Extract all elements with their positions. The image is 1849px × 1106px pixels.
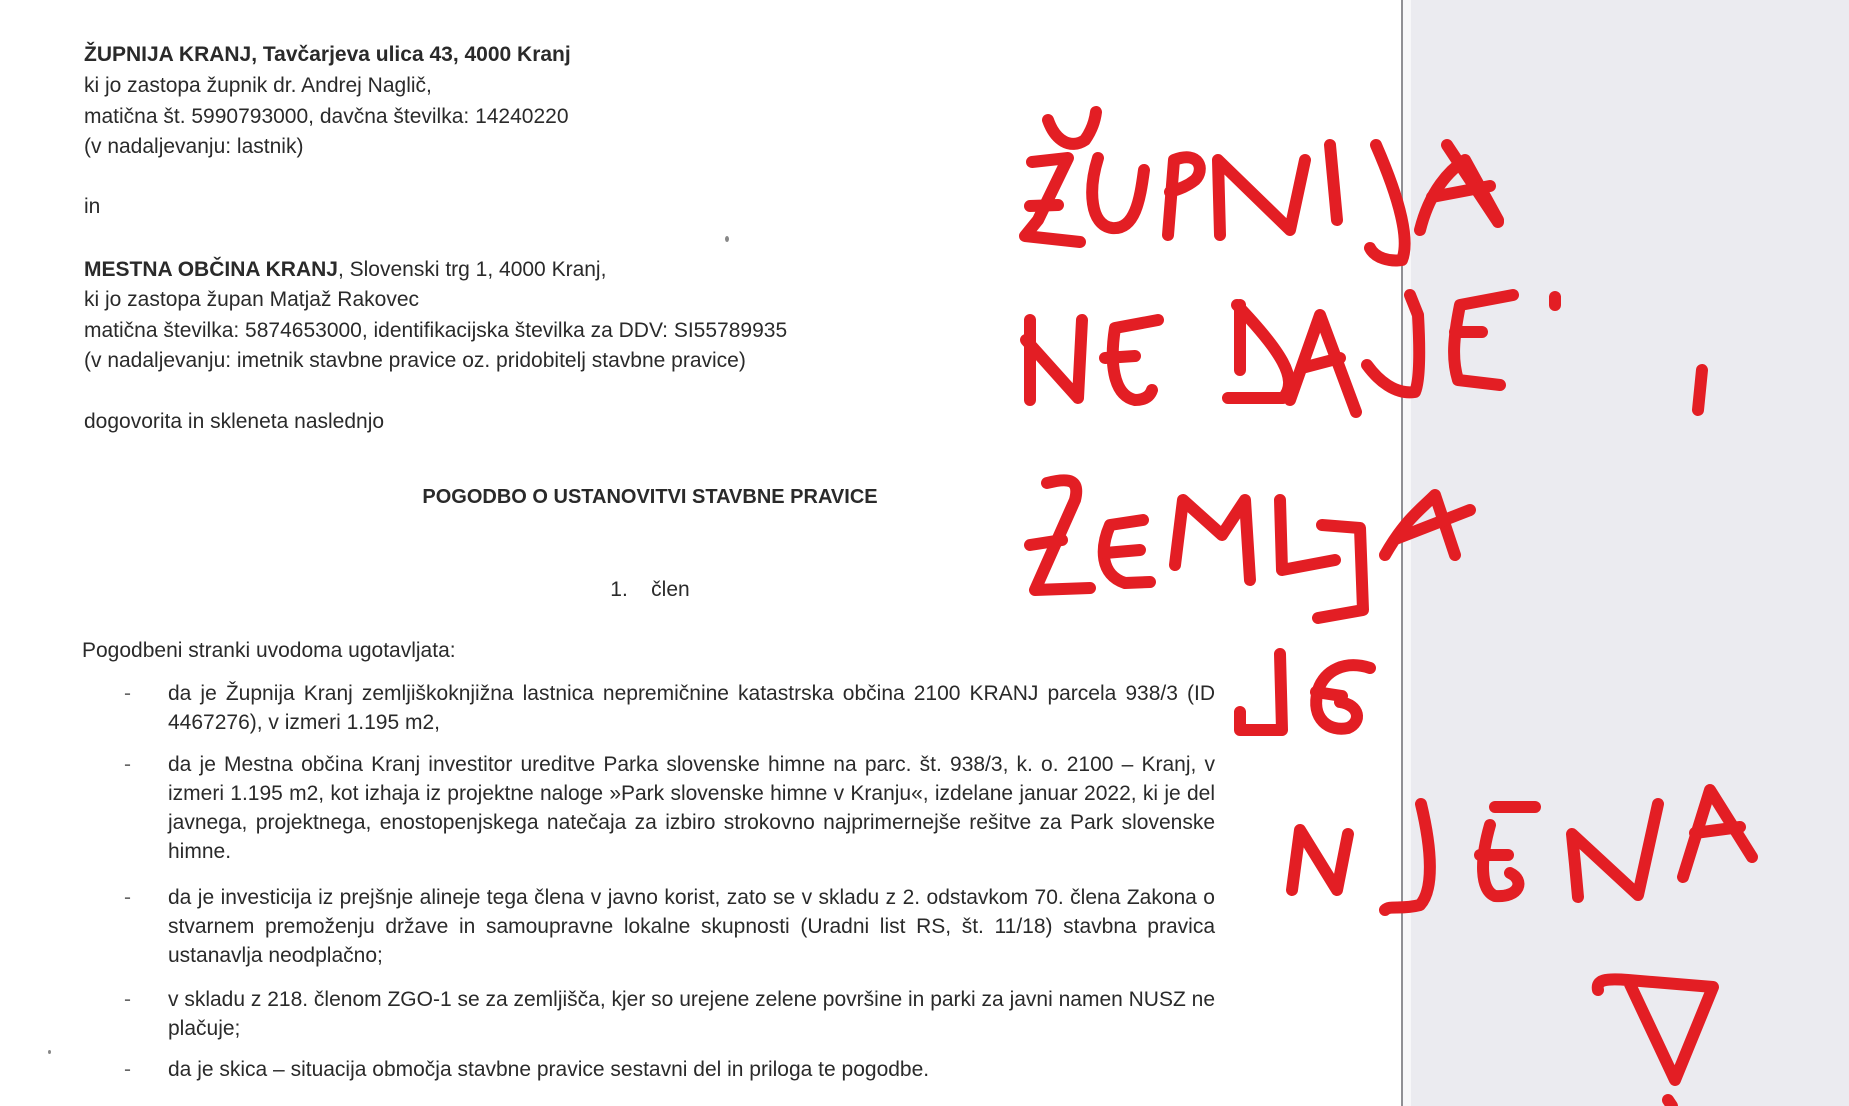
handwritten-annotation bbox=[0, 0, 1849, 1106]
